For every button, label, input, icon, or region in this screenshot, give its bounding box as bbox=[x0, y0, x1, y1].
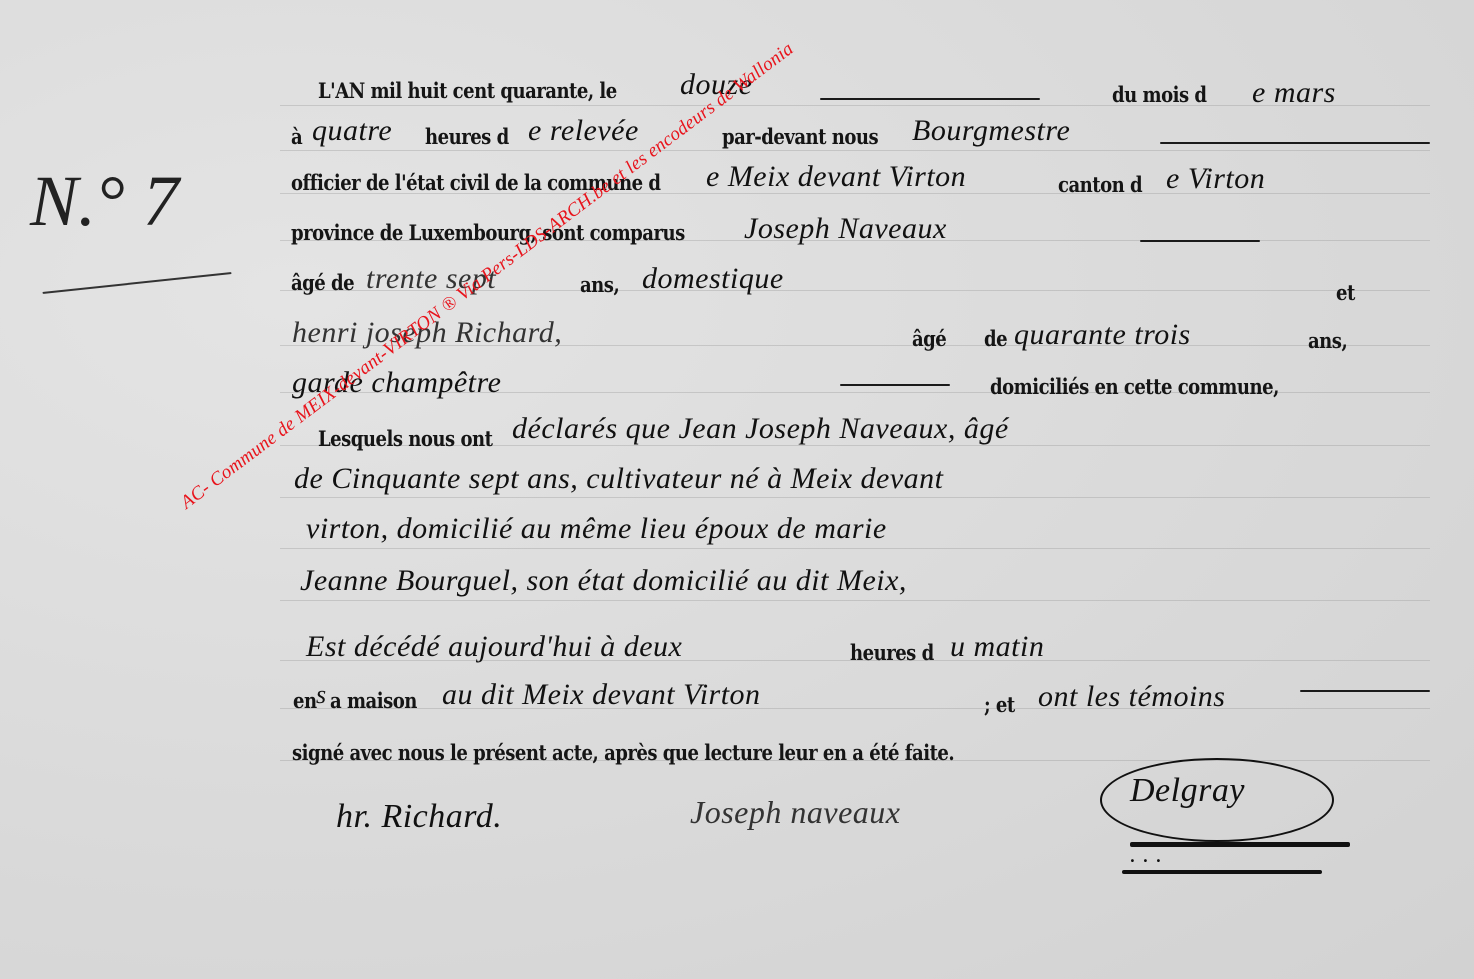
printed-text: a maison bbox=[330, 688, 417, 713]
handwritten-official-title: Bourgmestre bbox=[912, 114, 1070, 148]
record-number: N.° 7 bbox=[30, 160, 179, 243]
handwritten-time-of-death: u matin bbox=[950, 630, 1044, 664]
fill-stroke bbox=[840, 384, 950, 386]
handwritten-death-place: au dit Meix devant Virton bbox=[442, 678, 761, 712]
fill-stroke bbox=[1300, 690, 1430, 692]
printed-text: à bbox=[291, 124, 302, 149]
printed-text: par-devant nous bbox=[722, 124, 878, 149]
printed-text: heures d bbox=[850, 640, 934, 665]
handwritten-declaration: déclarés que Jean Joseph Naveaux, âgé bbox=[512, 412, 1009, 446]
printed-text: âgé bbox=[912, 326, 946, 351]
record-number-underline bbox=[42, 272, 231, 294]
handwritten-text: s bbox=[316, 680, 327, 710]
ruled-line bbox=[280, 150, 1430, 151]
ruled-line bbox=[280, 497, 1430, 498]
handwritten-age-2: quarante trois bbox=[1014, 318, 1191, 352]
handwritten-deceased-residence: virton, domicilié au même lieu époux de … bbox=[306, 512, 887, 546]
handwritten-commune: e Meix devant Virton bbox=[706, 160, 966, 194]
fill-stroke bbox=[1140, 240, 1260, 242]
handwritten-month: e mars bbox=[1252, 76, 1336, 110]
handwritten-deceased-details: de Cinquante sept ans, cultivateur né à … bbox=[294, 462, 944, 496]
signature-richard: hr. Richard. bbox=[336, 798, 502, 836]
printed-text: signé avec nous le présent acte, après q… bbox=[292, 740, 954, 765]
printed-text: L'AN mil huit cent quarante, le bbox=[318, 78, 617, 103]
printed-text: province de Luxembourg, sont comparus bbox=[291, 220, 685, 245]
printed-text: ans, bbox=[580, 272, 619, 297]
ruled-line bbox=[280, 548, 1430, 549]
printed-text: et bbox=[1336, 280, 1355, 305]
handwritten-witnesses: ont les témoins bbox=[1038, 680, 1226, 714]
signature-underline bbox=[1130, 842, 1350, 847]
handwritten-canton: e Virton bbox=[1166, 162, 1265, 196]
printed-text: de bbox=[984, 326, 1007, 351]
signature-officer: Delgray bbox=[1130, 772, 1245, 810]
fill-stroke bbox=[820, 98, 1040, 100]
ruled-line bbox=[280, 600, 1430, 601]
signature-naveaux: Joseph naveaux bbox=[690, 794, 900, 831]
printed-text: du mois d bbox=[1112, 82, 1207, 107]
handwritten-spouse: Jeanne Bourguel, son état domicilié au d… bbox=[300, 564, 907, 598]
fill-stroke bbox=[1160, 142, 1430, 144]
printed-text: canton d bbox=[1058, 172, 1142, 197]
printed-text: en bbox=[293, 688, 317, 713]
signature-dots: . . . bbox=[1130, 842, 1163, 869]
signature-underline bbox=[1122, 870, 1322, 874]
document-page: N.° 7 L'AN mil huit cent quarante, le do… bbox=[0, 0, 1474, 979]
printed-text: heures d bbox=[425, 124, 509, 149]
printed-text: domiciliés en cette commune, bbox=[990, 374, 1279, 399]
handwritten-declarant-1: Joseph Naveaux bbox=[744, 212, 947, 246]
printed-text: âgé de bbox=[291, 270, 354, 295]
handwritten-occupation-1: domestique bbox=[642, 262, 784, 296]
printed-text: ; et bbox=[984, 692, 1015, 717]
printed-text: Lesquels nous ont bbox=[318, 426, 492, 451]
handwritten-time-of-day: e relevée bbox=[528, 114, 639, 148]
printed-text: ans, bbox=[1308, 328, 1347, 353]
handwritten-death-statement: Est décédé aujourd'hui à deux bbox=[306, 630, 682, 664]
handwritten-hour: quatre bbox=[312, 114, 392, 148]
